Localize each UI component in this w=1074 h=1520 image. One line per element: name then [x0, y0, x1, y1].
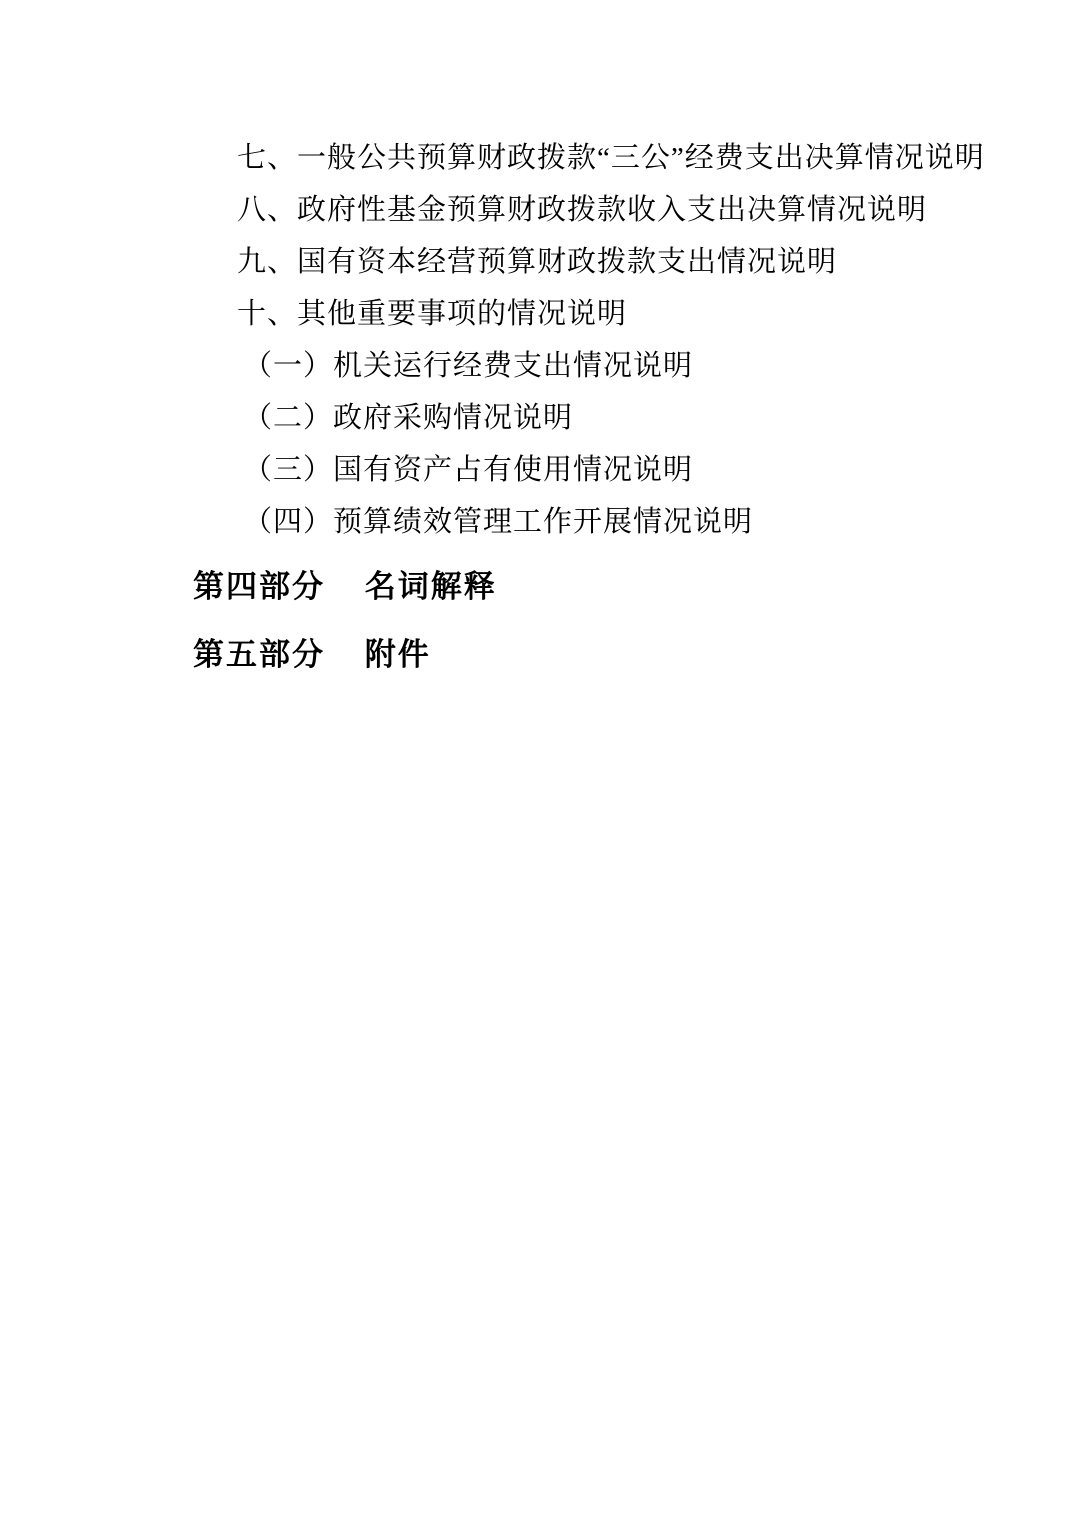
toc-item: （三）国有资产占有使用情况说明 — [193, 444, 974, 496]
part-number: 第四部分 — [193, 560, 325, 614]
section-heading-part4: 第四部分 名词解释 — [193, 560, 974, 614]
part-number: 第五部分 — [193, 628, 325, 682]
toc-item: （四）预算绩效管理工作开展情况说明 — [193, 496, 974, 548]
toc-item: （二）政府采购情况说明 — [193, 392, 974, 444]
toc-item: 十、其他重要事项的情况说明 — [193, 288, 974, 340]
document-page: 七、一般公共预算财政拨款“三公”经费支出决算情况说明 八、政府性基金预算财政拨款… — [0, 0, 1074, 1520]
toc-item: （一）机关运行经费支出情况说明 — [193, 340, 974, 392]
table-of-contents: 七、一般公共预算财政拨款“三公”经费支出决算情况说明 八、政府性基金预算财政拨款… — [193, 132, 974, 682]
toc-item: 八、政府性基金预算财政拨款收入支出决算情况说明 — [193, 184, 974, 236]
toc-item: 七、一般公共预算财政拨款“三公”经费支出决算情况说明 — [193, 132, 974, 184]
section-heading-part5: 第五部分 附件 — [193, 628, 974, 682]
toc-item: 九、国有资本经营预算财政拨款支出情况说明 — [193, 236, 974, 288]
part-title: 名词解释 — [365, 560, 497, 614]
part-title: 附件 — [365, 628, 431, 682]
